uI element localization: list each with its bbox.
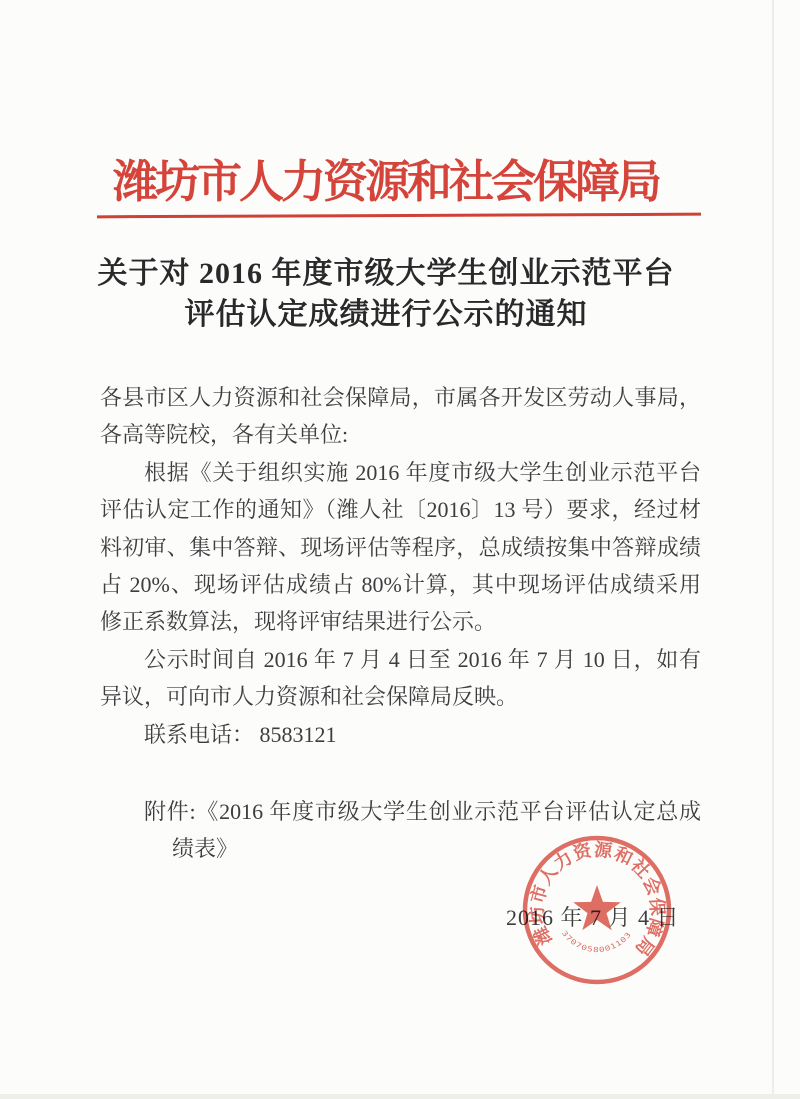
scanned-document-page: 潍坊市人力资源和社会保障局 关于对 2016 年度市级大学生创业示范平台 评估认… xyxy=(0,0,800,1099)
document-body: 各县市区人力资源和社会保障局，市属各开发区劳动人事局， 各高等院校，各有关单位:… xyxy=(100,379,701,868)
seal-code: 3707058001103 xyxy=(560,929,633,954)
scan-bottom-edge xyxy=(0,1094,800,1099)
body-line-para1-4: 占 20%、现场评估成绩占 80%计算，其中现场评估成绩采用 xyxy=(100,566,701,603)
body-line-para2-1: 公示时间自 2016 年 7 月 4 日至 2016 年 7 月 10 日，如有 xyxy=(100,641,701,678)
scan-paper-edge xyxy=(772,0,774,1099)
body-line-salutation-1: 各县市区人力资源和社会保障局，市属各开发区劳动人事局， xyxy=(100,379,701,416)
star-icon xyxy=(573,885,621,930)
attachment-line1: 附件:《2016 年度市级大学生创业示范平台评估认定总成 xyxy=(100,793,701,830)
body-line-para2-2: 异议，可向市人力资源和社会保障局反映。 xyxy=(100,678,701,715)
document-title-line1: 关于对 2016 年度市级大学生创业示范平台 xyxy=(0,253,772,294)
body-line-para1-2: 评估认定工作的通知》（潍人社〔2016〕13 号）要求，经过材 xyxy=(100,491,701,528)
body-line-para1-3: 料初审、集中答辩、现场评估等程序，总成绩按集中答辩成绩 xyxy=(100,529,701,566)
letterhead-org-name: 潍坊市人力资源和社会保障局 xyxy=(0,156,772,208)
document-title-line2: 评估认定成绩进行公示的通知 xyxy=(0,294,772,335)
letterhead-underline xyxy=(97,213,701,219)
body-line-para1-5: 修正系数算法，现将评审结果进行公示。 xyxy=(100,603,701,640)
document-title: 关于对 2016 年度市级大学生创业示范平台 评估认定成绩进行公示的通知 xyxy=(0,253,772,335)
svg-text:3707058001103: 3707058001103 xyxy=(560,929,633,954)
body-line-contact-phone: 联系电话： 8583121 xyxy=(100,716,701,753)
official-seal: 潍坊市人力资源和社会保障局 3707058001103 xyxy=(517,830,677,990)
body-line-salutation-2: 各高等院校，各有关单位: xyxy=(100,416,701,453)
body-line-para1-1: 根据《关于组织实施 2016 年度市级大学生创业示范平台 xyxy=(100,454,701,491)
